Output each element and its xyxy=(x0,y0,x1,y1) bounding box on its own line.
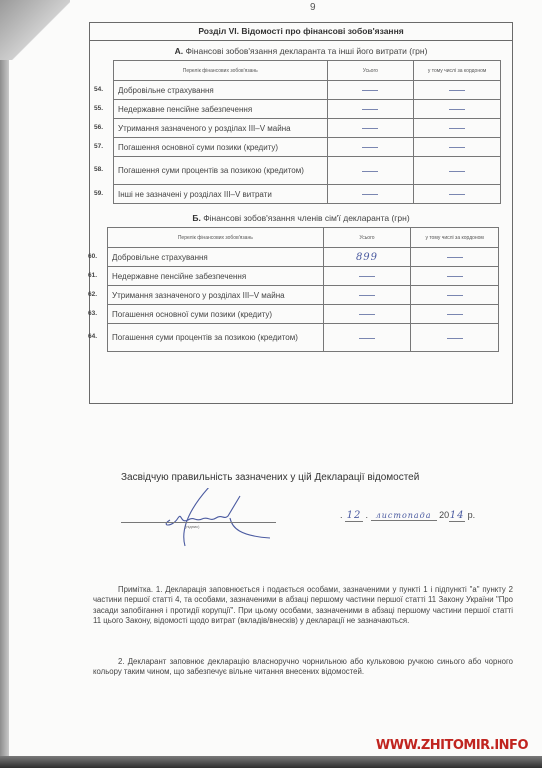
row-label-cell: 56.Утримання зазначеного у розділах III–… xyxy=(114,119,328,138)
dash-mark xyxy=(359,314,375,315)
abroad-cell xyxy=(414,119,501,138)
dash-mark xyxy=(447,257,463,258)
part-a-letter: А. xyxy=(175,46,184,56)
table-row: 57.Погашення основної суми позики (креди… xyxy=(114,138,501,157)
total-cell xyxy=(323,324,411,352)
dash-mark xyxy=(359,295,375,296)
row-label: Недержавне пенсійне забезпечення xyxy=(112,272,246,281)
total-cell xyxy=(327,185,414,204)
note-2: 2. Декларант заповнює декларацію власнор… xyxy=(93,657,513,678)
part-b-title-text: Фінансові зобов'язання членів сім'ї декл… xyxy=(203,213,409,223)
total-cell xyxy=(327,100,414,119)
note-1-text: Примітка. 1. Декларація заповнюється і п… xyxy=(93,585,513,626)
signature-caption: (підпис) xyxy=(185,524,199,529)
dash-mark xyxy=(449,90,465,91)
certification-text: Засвідчую правильність зазначених у цій … xyxy=(121,472,419,483)
dash-mark xyxy=(447,295,463,296)
total-cell xyxy=(323,286,411,305)
note-1: Примітка. 1. Декларація заповнюється і п… xyxy=(93,585,513,626)
note-2-text: 2. Декларант заповнює декларацію власнор… xyxy=(93,657,513,678)
part-a-title: А. Фінансові зобов'язання декларанта та … xyxy=(90,46,512,56)
row-number: 57. xyxy=(94,143,103,150)
total-cell xyxy=(327,119,414,138)
col-header-list: Перелік фінансових зобов'язань xyxy=(114,61,328,81)
row-label: Погашення суми процентів за позикою (кре… xyxy=(118,166,304,175)
row-number: 61. xyxy=(88,272,97,279)
page-number: 9 xyxy=(310,2,316,13)
part-b-letter: Б. xyxy=(192,213,200,223)
table-row: 59.Інші не зазначені у розділах III–V ви… xyxy=(114,185,501,204)
table-row: 55.Недержавне пенсійне забезпечення xyxy=(114,100,501,119)
table-row: 61.Недержавне пенсійне забезпечення xyxy=(108,267,499,286)
section-title: Розділ VI. Відомості про фінансові зобов… xyxy=(90,23,512,41)
dash-mark xyxy=(362,147,378,148)
abroad-cell xyxy=(414,100,501,119)
row-label-cell: 61.Недержавне пенсійне забезпечення xyxy=(108,267,324,286)
dash-mark xyxy=(449,128,465,129)
row-label: Погашення основної суми позики (кредиту) xyxy=(112,310,272,319)
abroad-cell xyxy=(414,157,501,185)
row-label: Добровільне страхування xyxy=(118,86,214,95)
row-number: 56. xyxy=(94,124,103,131)
total-cell: 899 xyxy=(323,248,411,267)
section-vi-box: Розділ VI. Відомості про фінансові зобов… xyxy=(89,22,513,404)
table-row: 56.Утримання зазначеного у розділах III–… xyxy=(114,119,501,138)
dash-mark xyxy=(449,147,465,148)
table-row: 60.Добровільне страхування899 xyxy=(108,248,499,267)
row-number: 55. xyxy=(94,105,103,112)
abroad-cell xyxy=(411,267,499,286)
row-label: Погашення суми процентів за позикою (кре… xyxy=(112,333,298,342)
table-row: 58.Погашення суми процентів за позикою (… xyxy=(114,157,501,185)
signature-line xyxy=(121,522,276,523)
row-number: 58. xyxy=(94,166,103,173)
row-label-cell: 57.Погашення основної суми позики (креди… xyxy=(114,138,328,157)
dash-mark xyxy=(447,314,463,315)
date-year-prefix: 20 xyxy=(439,510,449,520)
dash-mark xyxy=(362,194,378,195)
date-day: 12 xyxy=(345,510,363,522)
row-label-cell: 58.Погашення суми процентів за позикою (… xyxy=(114,157,328,185)
row-label: Інші не зазначені у розділах III–V витра… xyxy=(118,190,272,199)
abroad-cell xyxy=(411,305,499,324)
row-number: 63. xyxy=(88,310,97,317)
row-label-cell: 59.Інші не зазначені у розділах III–V ви… xyxy=(114,185,328,204)
scan-bottom-edge xyxy=(0,756,542,768)
table-row: 64.Погашення суми процентів за позикою (… xyxy=(108,324,499,352)
table-row: 63.Погашення основної суми позики (креди… xyxy=(108,305,499,324)
abroad-cell xyxy=(414,185,501,204)
row-label-cell: 55.Недержавне пенсійне забезпечення xyxy=(114,100,328,119)
dash-mark xyxy=(449,194,465,195)
total-cell xyxy=(327,81,414,100)
row-label: Утримання зазначеного у розділах III–V м… xyxy=(118,124,291,133)
row-number: 62. xyxy=(88,291,97,298)
row-number: 60. xyxy=(88,253,97,260)
dash-mark xyxy=(359,276,375,277)
table-row: 54.Добровільне страхування xyxy=(114,81,501,100)
abroad-cell xyxy=(411,324,499,352)
row-label: Недержавне пенсійне забезпечення xyxy=(118,105,252,114)
row-number: 54. xyxy=(94,86,103,93)
dash-mark xyxy=(359,338,375,339)
dash-mark xyxy=(362,171,378,172)
abroad-cell xyxy=(414,138,501,157)
dash-mark xyxy=(362,128,378,129)
col-header-abroad: у тому числі за кордоном xyxy=(411,228,499,248)
part-b-title: Б. Фінансові зобов'язання членів сім'ї д… xyxy=(90,213,512,223)
row-label-cell: 54.Добровільне страхування xyxy=(114,81,328,100)
row-label-cell: 62.Утримання зазначеного у розділах III–… xyxy=(108,286,324,305)
part-a-title-text: Фінансові зобов'язання декларанта та інш… xyxy=(185,46,427,56)
col-header-total: Усього xyxy=(327,61,414,81)
col-header-abroad: у тому числі за кордоном xyxy=(414,61,501,81)
watermark: WWW.ZHITOMIR.INFO xyxy=(376,738,528,753)
dash-mark xyxy=(362,90,378,91)
row-label: Добровільне страхування xyxy=(112,253,208,262)
total-cell xyxy=(323,267,411,286)
row-label-cell: 60.Добровільне страхування xyxy=(108,248,324,267)
dash-mark xyxy=(449,171,465,172)
part-a-table: Перелік фінансових зобов'язань Усього у … xyxy=(113,60,501,204)
date-month: листопада xyxy=(371,511,437,521)
row-number: 59. xyxy=(94,190,103,197)
col-header-total: Усього xyxy=(323,228,411,248)
col-header-list: Перелік фінансових зобов'язань xyxy=(108,228,324,248)
part-b-table: Перелік фінансових зобов'язань Усього у … xyxy=(107,227,499,352)
row-label-cell: 63.Погашення основної суми позики (креди… xyxy=(108,305,324,324)
scan-folded-corner xyxy=(0,0,70,60)
total-cell xyxy=(327,157,414,185)
dash-mark xyxy=(447,338,463,339)
dash-mark xyxy=(362,109,378,110)
abroad-cell xyxy=(411,248,499,267)
date-field: . 12 . листопада 2014 р. xyxy=(340,510,475,522)
total-cell xyxy=(323,305,411,324)
row-label: Утримання зазначеного у розділах III–V м… xyxy=(112,291,285,300)
row-number: 64. xyxy=(88,333,97,340)
abroad-cell xyxy=(411,286,499,305)
total-cell xyxy=(327,138,414,157)
date-suffix: р. xyxy=(468,510,476,520)
row-label: Погашення основної суми позики (кредиту) xyxy=(118,143,278,152)
row-label-cell: 64.Погашення суми процентів за позикою (… xyxy=(108,324,324,352)
handwritten-value: 899 xyxy=(356,252,378,263)
dash-mark xyxy=(449,109,465,110)
date-year-suffix: 14 xyxy=(449,510,465,522)
table-row: 62.Утримання зазначеного у розділах III–… xyxy=(108,286,499,305)
abroad-cell xyxy=(414,81,501,100)
scan-edge xyxy=(0,0,9,768)
signature-icon xyxy=(150,488,280,548)
dash-mark xyxy=(447,276,463,277)
